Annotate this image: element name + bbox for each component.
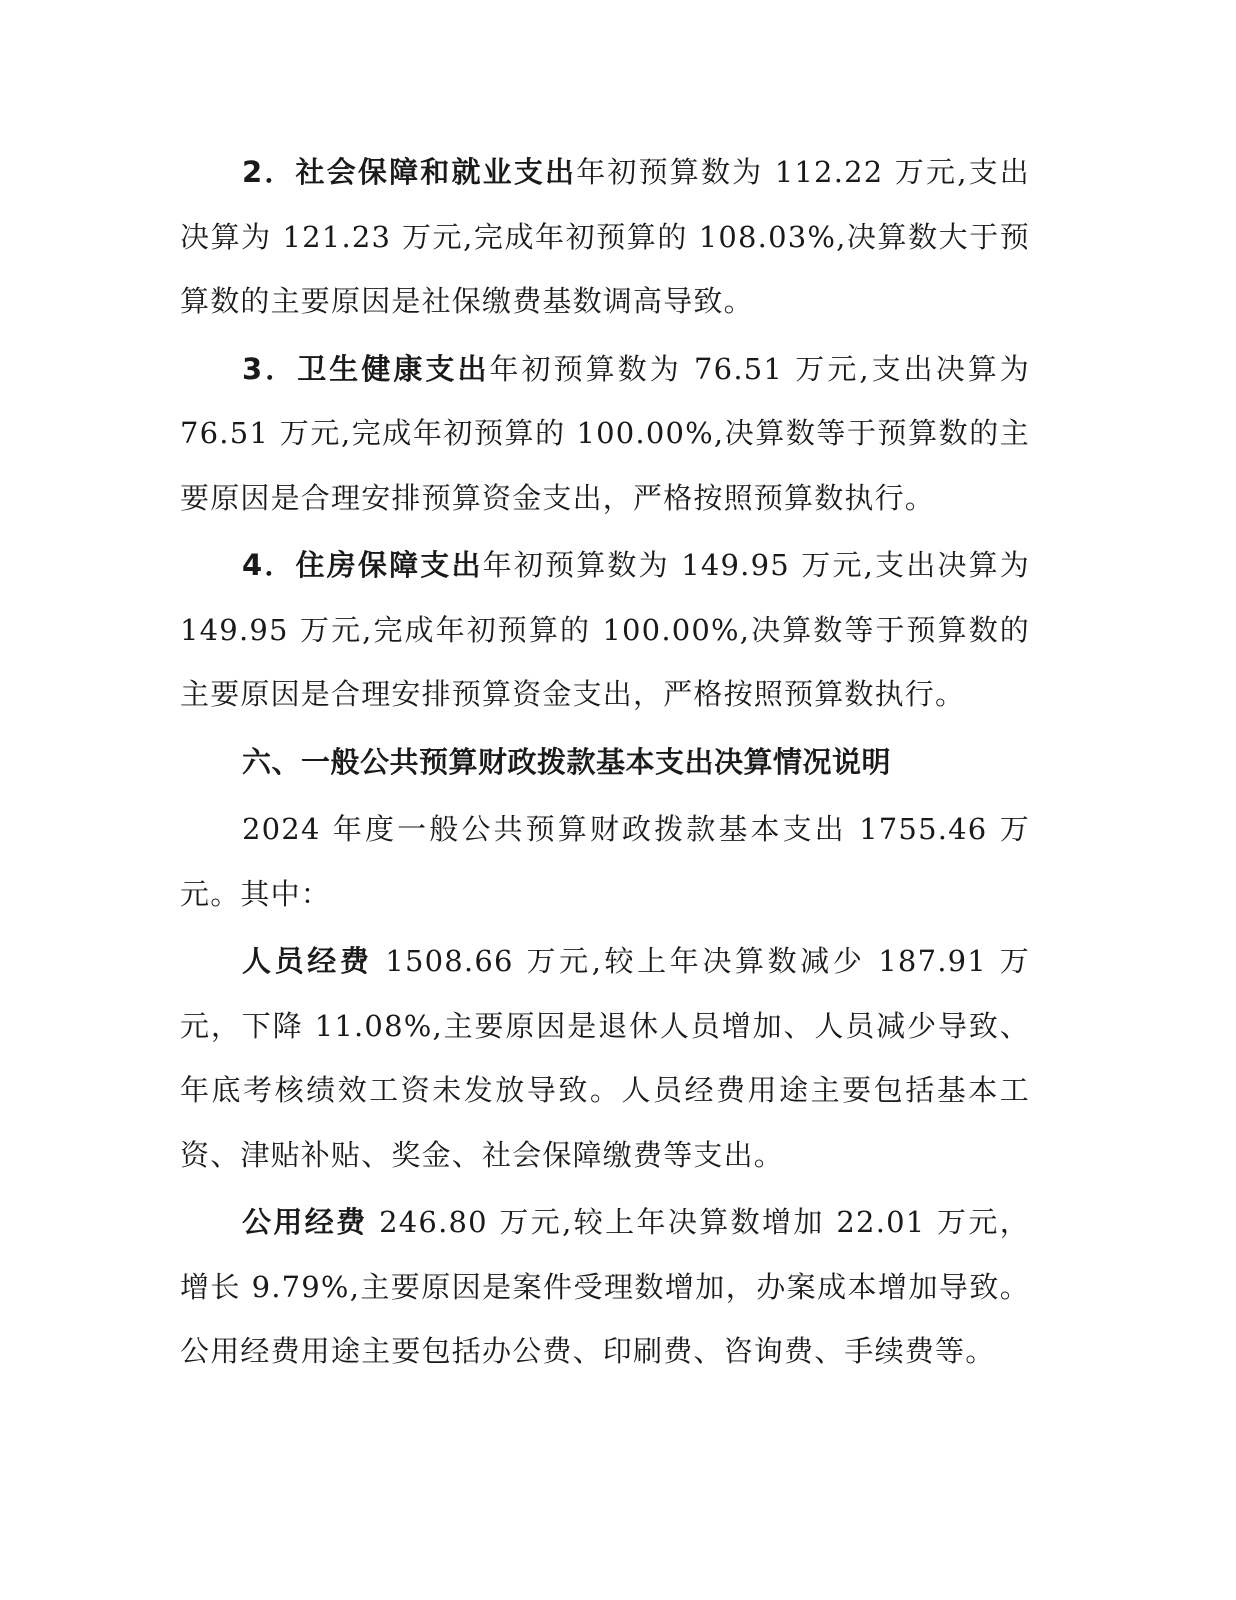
paragraph-housing: 4．住房保障支出年初预算数为 149.95 万元,支出决算为 149.95 万元… bbox=[180, 533, 1030, 727]
paragraph-health: 3．卫生健康支出年初预算数为 76.51 万元,支出决算为 76.51 万元,完… bbox=[180, 337, 1030, 531]
paragraph-public: 公用经费 246.80 万元,较上年决算数增加 22.01 万元，增长 9.79… bbox=[180, 1190, 1030, 1384]
item-lead: 3．卫生健康支出 bbox=[242, 352, 490, 386]
paragraph-personnel: 人员经费 1508.66 万元,较上年决算数减少 187.91 万元，下降 11… bbox=[180, 929, 1030, 1187]
section-heading: 六、一般公共预算财政拨款基本支出决算情况说明 bbox=[180, 730, 1030, 795]
personnel-lead: 人员经费 bbox=[242, 944, 372, 978]
paragraph-intro: 2024 年度一般公共预算财政拨款基本支出 1755.46 万元。其中： bbox=[180, 797, 1030, 926]
document-page: 2．社会保障和就业支出年初预算数为 112.22 万元,支出决算为 121.23… bbox=[180, 140, 1030, 1387]
item-lead: 2．社会保障和就业支出 bbox=[242, 155, 576, 189]
paragraph-social-security: 2．社会保障和就业支出年初预算数为 112.22 万元,支出决算为 121.23… bbox=[180, 140, 1030, 334]
personnel-body: 1508.66 万元,较上年决算数减少 187.91 万元，下降 11.08%,… bbox=[180, 944, 1030, 1172]
public-lead: 公用经费 bbox=[242, 1205, 368, 1239]
item-lead: 4．住房保障支出 bbox=[242, 548, 483, 582]
